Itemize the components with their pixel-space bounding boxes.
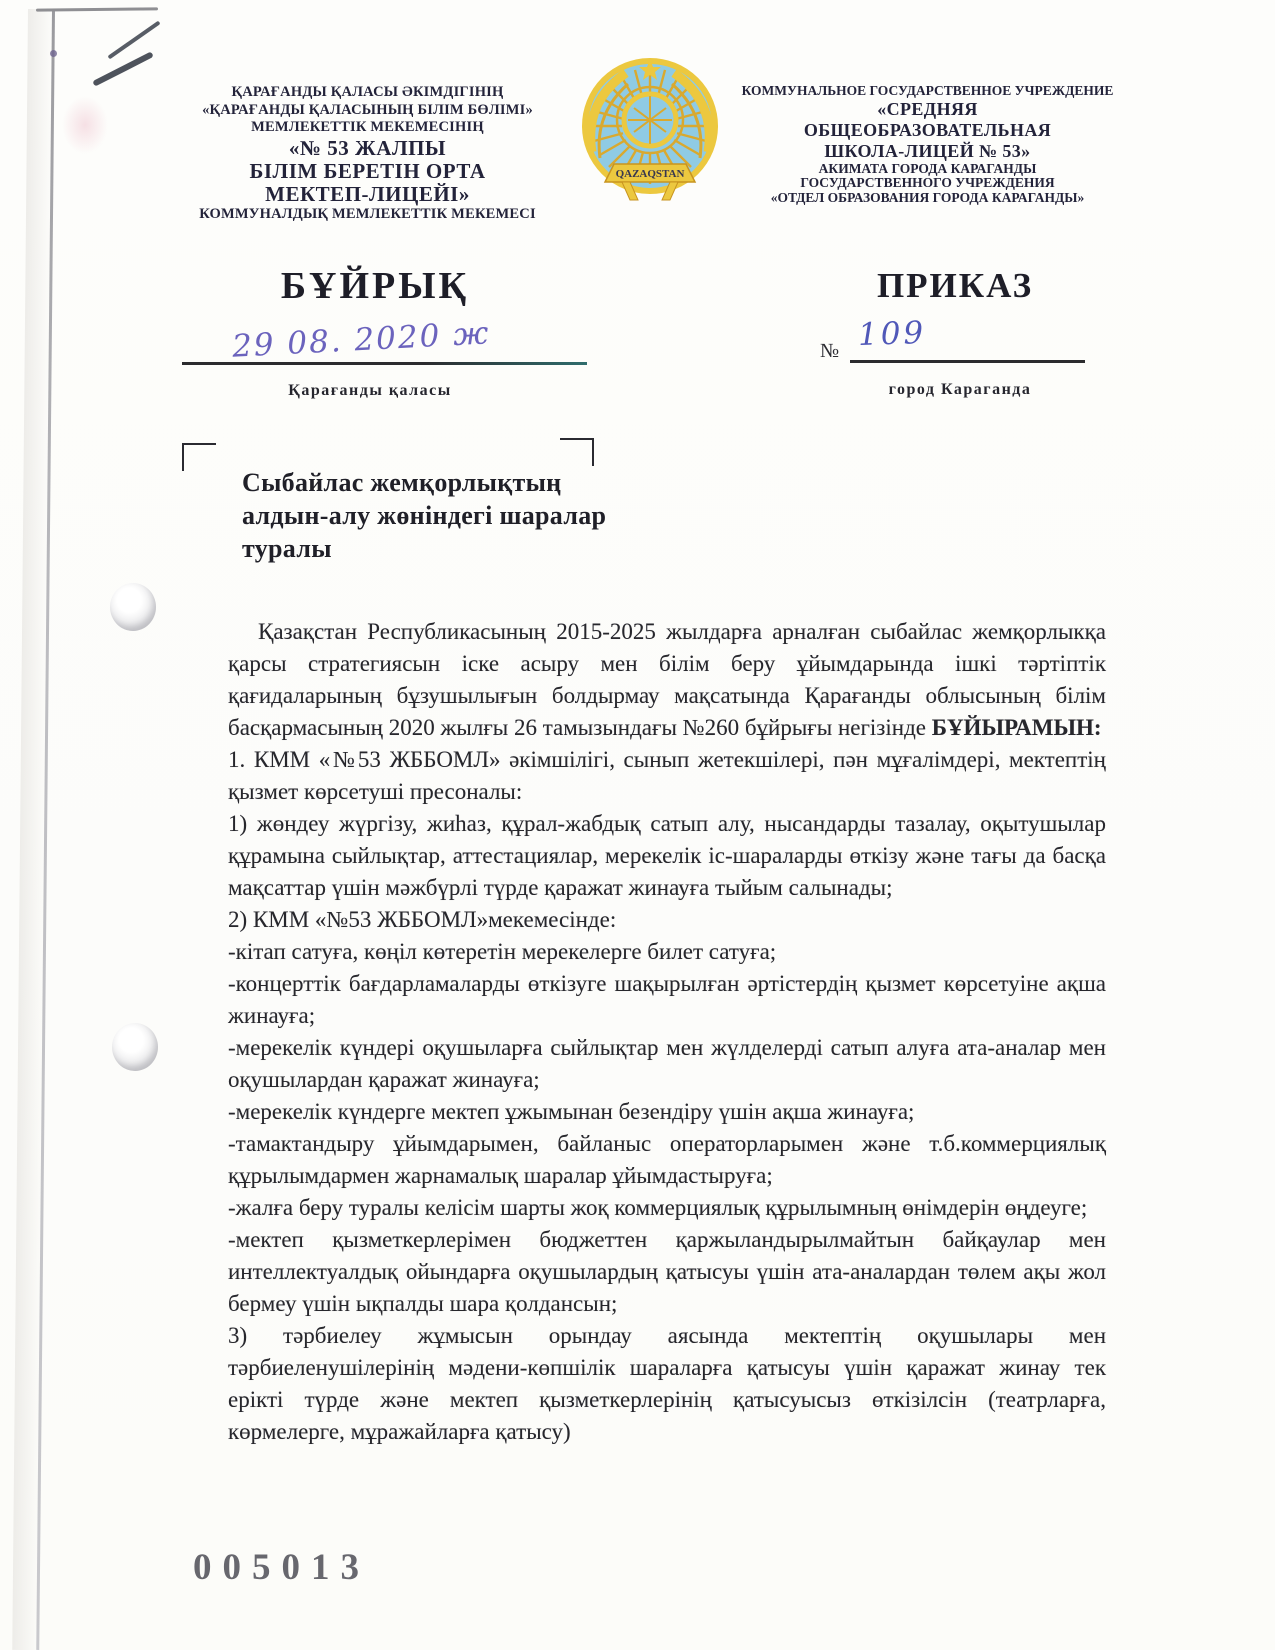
kazakhstan-emblem-icon: QAZAQSTAN — [580, 56, 720, 206]
hole-punch-mark — [110, 583, 156, 631]
org-line: «ҚАРАҒАНДЫ ҚАЛАСЫНЫҢ БІЛІМ БӨЛІМІ» — [195, 102, 540, 120]
hole-punch-mark — [112, 1023, 158, 1071]
corner-bracket-right — [560, 438, 594, 466]
body-paragraph: 1) жөндеу жүргізу, жиһаз, құрал-жабдық с… — [228, 808, 1106, 904]
pink-smudge — [62, 96, 108, 154]
org-line: «№ 53 ЖАЛПЫ — [195, 137, 540, 160]
corner-bracket-left — [182, 443, 216, 471]
handwritten-number: 109 — [857, 315, 926, 353]
date-underline — [182, 362, 587, 365]
body-paragraph: -жалға беру туралы келісім шарты жоқ ком… — [228, 1192, 1106, 1224]
org-line: ШКОЛА-ЛИЦЕЙ № 53» — [735, 141, 1120, 162]
order-title-kazakh: БҰЙРЫҚ — [205, 264, 545, 308]
body-paragraph: -концерттік бағдарламаларды өткізуге шақ… — [228, 968, 1106, 1032]
org-line: МЕКТЕП-ЛИЦЕЙІ» — [195, 183, 540, 206]
handwritten-date: 29 08. 2020 ж — [231, 315, 491, 364]
ink-dot — [50, 50, 57, 57]
staple-mark — [92, 51, 154, 86]
body-paragraph: 2) КММ «№53 ЖББОМЛ»мекемесінде: — [228, 904, 1106, 936]
serial-number-stamp: 005013 — [193, 1546, 370, 1589]
body-paragraph: -кітап сатуға, көңіл көтеретін мерекелер… — [228, 936, 1106, 968]
body-paragraphs: 1. КММ «№53 ЖББОМЛ» әкімшілігі, сынып же… — [228, 744, 1106, 1448]
org-name-russian: КОММУНАЛЬНОЕ ГОСУДАРСТВЕННОЕ УЧРЕЖДЕНИЕ … — [735, 84, 1120, 205]
number-label: № — [820, 340, 839, 363]
order-subject: Сыбайлас жемқорлықтың алдын-алу жөніндег… — [242, 466, 662, 565]
org-line: «ОТДЕЛ ОБРАЗОВАНИЯ ГОРОДА КАРАГАНДЫ» — [735, 191, 1120, 206]
org-line: ОБЩЕОБРАЗОВАТЕЛЬНАЯ — [735, 120, 1120, 141]
body-paragraph: -тамактандыру ұйымдарымен, байланыс опер… — [228, 1128, 1106, 1192]
org-line: БІЛІМ БЕРЕТІН ОРТА — [195, 160, 540, 183]
org-line: КОММУНАЛДЫҚ МЕМЛЕКЕТТІК МЕКЕМЕСІ — [195, 206, 540, 224]
subject-line: алдын-алу жөніндегі шаралар — [242, 499, 662, 532]
place-russian: город Караганда — [830, 381, 1090, 399]
org-line: КОММУНАЛЬНОЕ ГОСУДАРСТВЕННОЕ УЧРЕЖДЕНИЕ — [735, 84, 1120, 99]
body-paragraph: -мерекелік күндерге мектеп ұжымынан безе… — [228, 1096, 1106, 1128]
scanned-order-document: ҚАРАҒАНДЫ ҚАЛАСЫ ӘКІМДІГІНІҢ «ҚАРАҒАНДЫ … — [0, 0, 1275, 1650]
intro-paragraph: Қазақстан Республикасының 2015-2025 жылд… — [228, 616, 1106, 744]
body-paragraph: -мерекелік күндері оқушыларға сыйлықтар … — [228, 1032, 1106, 1096]
body-paragraph: 3) тәрбиелеу жұмысын орындау аясында мек… — [228, 1320, 1106, 1448]
org-line: ҚАРАҒАНДЫ ҚАЛАСЫ ӘКІМДІГІНІҢ — [195, 84, 540, 102]
number-underline — [850, 360, 1085, 363]
scan-top-edge — [36, 7, 158, 11]
place-kazakh: Қарағанды қаласы — [240, 382, 500, 400]
decree-word: БҰЙЫРАМЫН: — [932, 715, 1102, 740]
org-name-kazakh: ҚАРАҒАНДЫ ҚАЛАСЫ ӘКІМДІГІНІҢ «ҚАРАҒАНДЫ … — [195, 84, 540, 223]
body-paragraph: 1. КММ «№53 ЖББОМЛ» әкімшілігі, сынып же… — [228, 744, 1106, 808]
body-paragraph: -мектеп қызметкерлерімен бюджеттен қаржы… — [228, 1224, 1106, 1320]
order-title-russian: ПРИКАЗ — [790, 266, 1120, 306]
org-line: МЕМЛЕКЕТТІК МЕКЕМЕСІНІҢ — [195, 119, 540, 137]
emblem-banner-text: QAZAQSTAN — [616, 168, 685, 180]
subject-line: туралы — [242, 532, 662, 565]
org-line: «СРЕДНЯЯ — [735, 99, 1120, 120]
org-line: АКИМАТА ГОРОДА КАРАГАНДЫ — [735, 162, 1120, 177]
subject-line: Сыбайлас жемқорлықтың — [242, 466, 662, 499]
org-line: ГОСУДАРСТВЕННОГО УЧРЕЖДЕНИЯ — [735, 176, 1120, 191]
order-body: Қазақстан Республикасының 2015-2025 жылд… — [228, 616, 1106, 1448]
